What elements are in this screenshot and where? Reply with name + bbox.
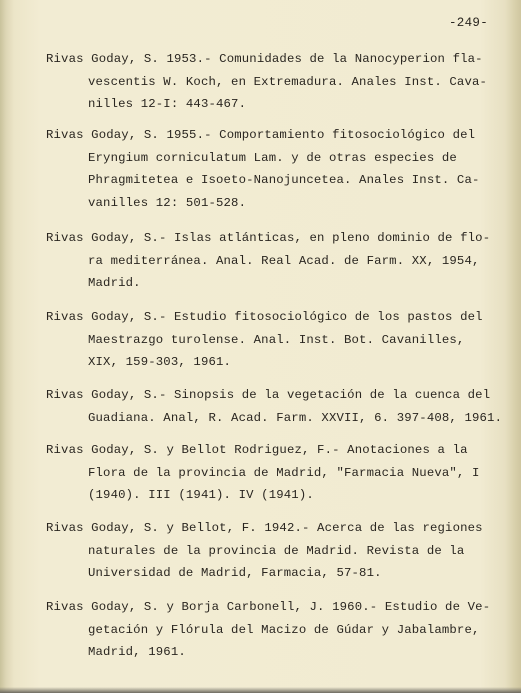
entry-line: Rivas Goday, S.- Estudio fitosociológico… (46, 306, 486, 329)
entry-line: Rivas Goday, S. y Borja Carbonell, J. 19… (46, 596, 486, 619)
entry-line: Rivas Goday, S. 1955.- Comportamiento fi… (46, 124, 486, 147)
bibliography-entry: Rivas Goday, S.- Islas atlánticas, en pl… (46, 227, 486, 295)
bibliography-entry: Rivas Goday, S. 1955.- Comportamiento fi… (46, 124, 486, 214)
entry-line: Maestrazgo turolense. Anal. Inst. Bot. C… (46, 329, 486, 352)
entry-line: Universidad de Madrid, Farmacia, 57-81. (46, 562, 486, 585)
bibliography-entry: Rivas Goday, S.- Estudio fitosociológico… (46, 306, 486, 374)
typewritten-page: -249- Rivas Goday, S. 1953.- Comunidades… (0, 0, 521, 693)
entry-line: Flora de la provincia de Madrid, "Farmac… (46, 462, 486, 485)
entry-line: Madrid. (46, 272, 486, 295)
entry-line: Rivas Goday, S.- Sinopsis de la vegetaci… (46, 384, 486, 407)
entry-line: Madrid, 1961. (46, 641, 486, 664)
bibliography-entry: Rivas Goday, S. 1953.- Comunidades de la… (46, 48, 486, 116)
entry-line: vanilles 12: 501-528. (46, 192, 486, 215)
entry-line: naturales de la provincia de Madrid. Rev… (46, 540, 486, 563)
bibliography-entry: Rivas Goday, S. y Bellot, F. 1942.- Acer… (46, 517, 486, 585)
bibliography-entry: Rivas Goday, S.- Sinopsis de la vegetaci… (46, 384, 486, 429)
entry-line: Rivas Goday, S. y Bellot Rodriguez, F.- … (46, 439, 486, 462)
entry-line: Guadiana. Anal, R. Acad. Farm. XXVII, 6.… (46, 407, 486, 430)
entry-line: Eryngium corniculatum Lam. y de otras es… (46, 147, 486, 170)
entry-line: Rivas Goday, S. y Bellot, F. 1942.- Acer… (46, 517, 486, 540)
entry-line: Phragmitetea e Isoeto-Nanojuncetea. Anal… (46, 169, 486, 192)
entry-line: nilles 12-I: 443-467. (46, 93, 486, 116)
page-number: -249- (449, 16, 488, 30)
bibliography-entry: Rivas Goday, S. y Borja Carbonell, J. 19… (46, 596, 486, 664)
entry-line: Rivas Goday, S. 1953.- Comunidades de la… (46, 48, 486, 71)
entry-line: ra mediterránea. Anal. Real Acad. de Far… (46, 250, 486, 273)
entry-line: (1940). III (1941). IV (1941). (46, 484, 486, 507)
entry-line: Rivas Goday, S.- Islas atlánticas, en pl… (46, 227, 486, 250)
entry-line: vescentis W. Koch, en Extremadura. Anale… (46, 71, 486, 94)
bibliography-entry: Rivas Goday, S. y Bellot Rodriguez, F.- … (46, 439, 486, 507)
entry-line: XIX, 159-303, 1961. (46, 351, 486, 374)
entry-line: getación y Flórula del Macizo de Gúdar y… (46, 619, 486, 642)
